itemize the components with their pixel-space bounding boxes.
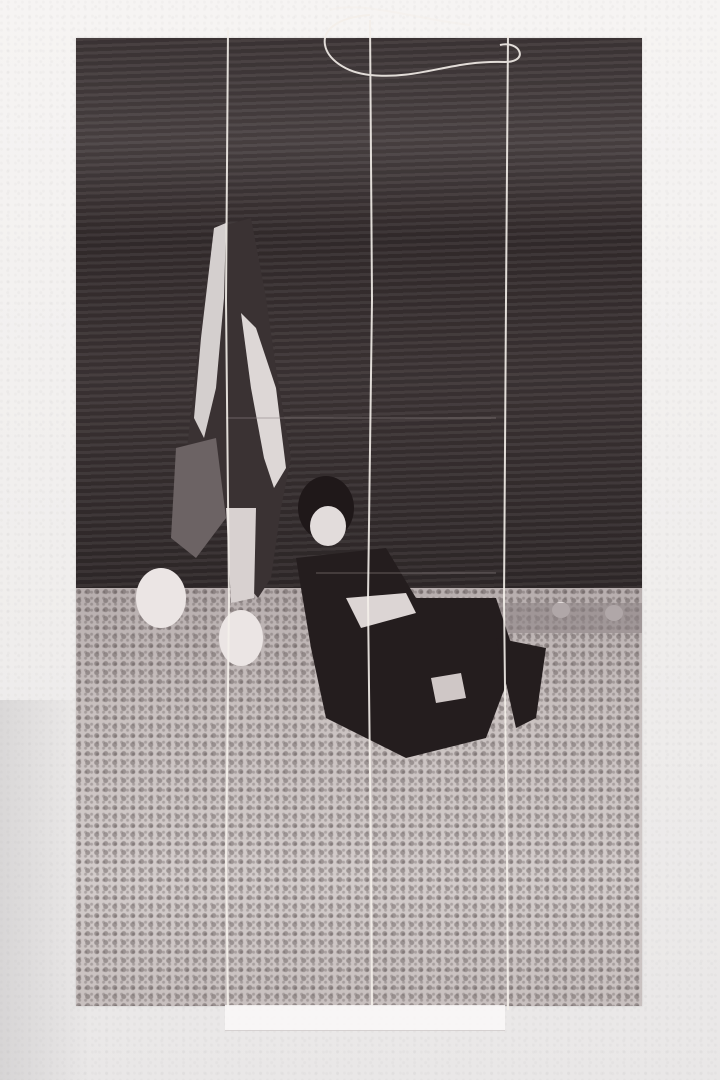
tape-strip [225, 1005, 505, 1031]
dock-cleats [494, 602, 642, 633]
photo-print [76, 38, 642, 1006]
standing-figure [136, 218, 291, 666]
figures-layer [76, 38, 642, 1006]
